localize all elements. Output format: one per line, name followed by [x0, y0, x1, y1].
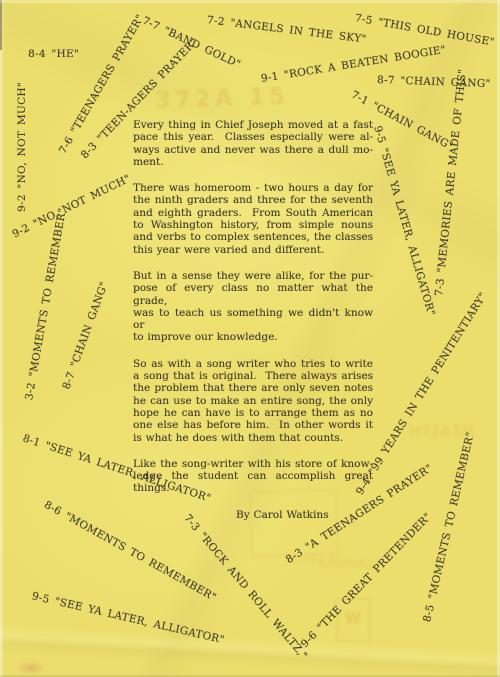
- paper-edge-top: [0, 0, 500, 3]
- article-line: to Washington history, from simple nouns: [133, 219, 373, 231]
- article-paragraph: Every thing in Chief Joseph moved at a f…: [133, 119, 373, 168]
- article-line: There was homeroom - two hours a day for: [133, 182, 373, 194]
- article-line: ledge the student can accomplish great t…: [133, 470, 373, 495]
- article-line: pose of every class no matter what the g…: [133, 282, 373, 307]
- chain-gang-8-7-label: 8-7 "CHAIN GANG": [377, 74, 491, 90]
- paper-edge-dark: [0, 0, 2, 50]
- angels-in-the-sky-7-2-label: 7-2 "ANGELS IN THE SKY": [206, 14, 367, 45]
- article-line: and eighth graders. From South American: [133, 207, 373, 219]
- see-ya-later-alligator-9-5-right-label: 9-5 "SEE YA LATER, ALLIGATOR": [371, 124, 437, 317]
- article-line: pace this year. Classes especially were …: [133, 131, 373, 143]
- article-line: the ninth graders and three for the seve…: [133, 194, 373, 206]
- article-line: a song that is original. There always ar…: [133, 370, 373, 382]
- article-line: was to teach us something we didn't know…: [133, 307, 373, 332]
- paper-edge-left: [0, 0, 4, 677]
- article-line: is what he does with them that counts.: [133, 432, 373, 444]
- this-old-house-7-5-label: 7-5 "THIS OLD HOUSE": [354, 12, 495, 48]
- article-line: ways active and never was there a dull m…: [133, 144, 373, 156]
- article-line: the problem that there are only seven no…: [133, 382, 373, 394]
- no-not-much-9-2-vertical-label: 9-2 "NO, NOT MUCH": [16, 82, 28, 212]
- he-8-4-label: 8-4 "HE": [28, 48, 79, 60]
- article-line: this year were varied and different.: [133, 244, 373, 256]
- moments-to-remember-8-5-label: 8-5 "MOMENTS TO REMEMBER": [421, 431, 477, 624]
- article-line: hope he can have is to arrange them as n…: [133, 407, 373, 419]
- article-paragraph: There was homeroom - two hours a day for…: [133, 182, 373, 256]
- article-line: Every thing in Chief Joseph moved at a f…: [133, 119, 373, 131]
- memories-are-made-7-3-label: 7-3 "MEMORIES ARE MADE OF THIS": [433, 68, 469, 296]
- article-line: But in a sense they were alike, for the …: [133, 270, 373, 282]
- article-paragraph: Like the song-writer with his store of k…: [133, 458, 373, 495]
- yearbook-page: 372A 15HEALTHGEOGRAPHY W 8-4 "HE"7-7 "BA…: [0, 0, 500, 677]
- article-paragraph: But in a sense they were alike, for the …: [133, 270, 373, 344]
- article-line: and verbs to complex sentences, the clas…: [133, 231, 373, 243]
- chain-gang-8-7-left-label: 8-7 "CHAIN GANG": [60, 280, 110, 391]
- no-not-much-9-2-label: 9-2 "NO, NOT MUCH": [10, 173, 132, 241]
- article-line: to improve our knowledge.: [133, 331, 373, 343]
- article-line: ment.: [133, 156, 373, 168]
- article: Every thing in Chief Joseph moved at a f…: [133, 119, 373, 521]
- paper-crease: [0, 619, 500, 677]
- article-line: he can use to make an entire song, the o…: [133, 395, 373, 407]
- article-line: Like the song-writer with his store of k…: [133, 458, 373, 470]
- article-paragraph: So as with a song writer who tries to wr…: [133, 358, 373, 444]
- byline: By Carol Watkins: [133, 509, 373, 521]
- bleed-372a: 372A 15: [155, 84, 290, 115]
- article-line: So as with a song writer who tries to wr…: [133, 358, 373, 370]
- moments-to-remember-3-2-label: 3-2 "MOMENTS TO REMEMBER": [23, 207, 69, 401]
- article-line: one else has before him. In other words …: [133, 419, 373, 431]
